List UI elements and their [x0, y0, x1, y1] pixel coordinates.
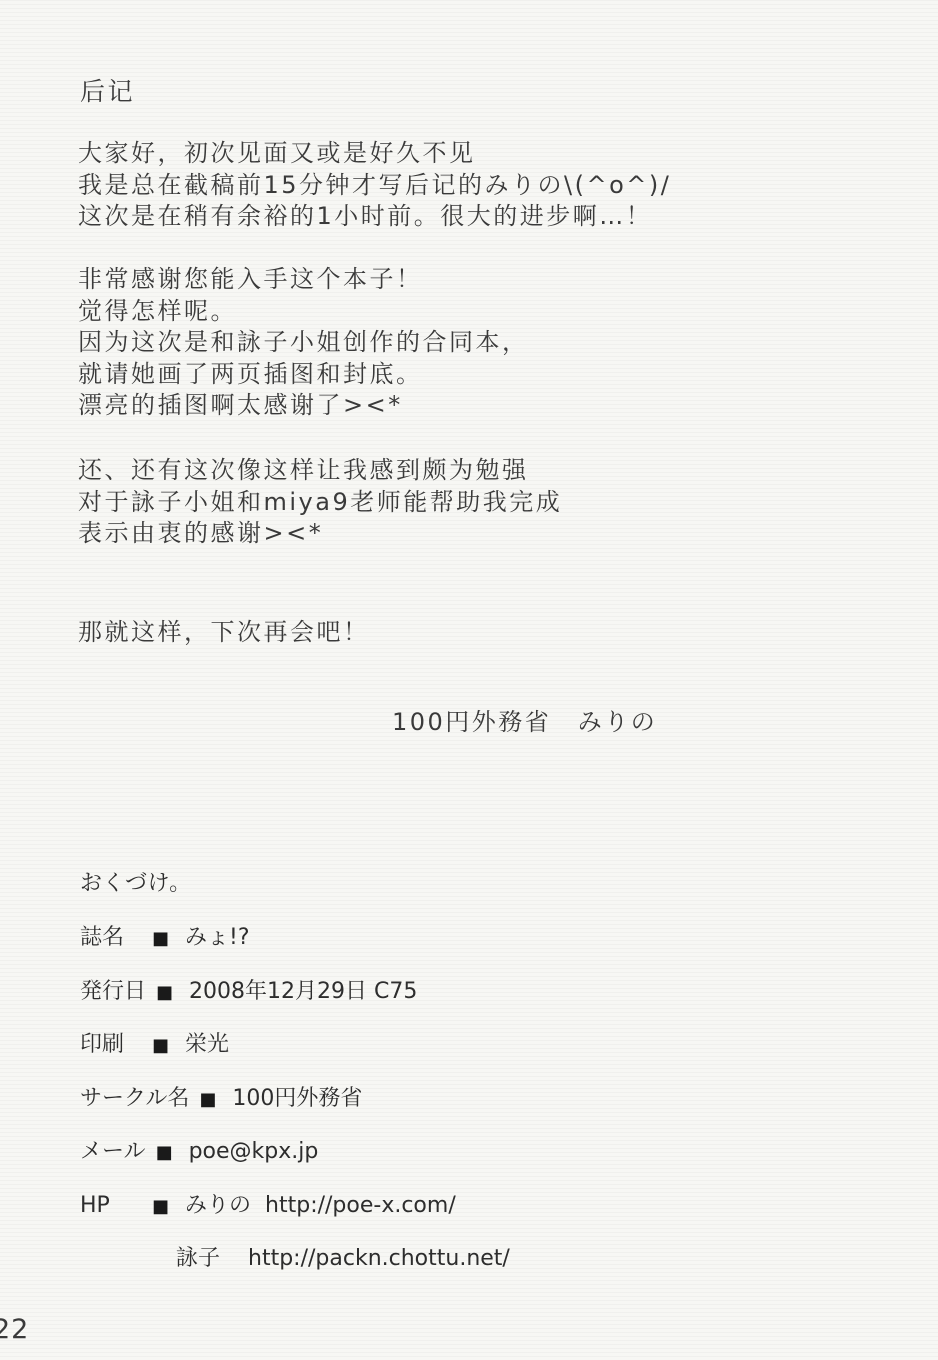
- afterword-line: 这次是在稍有余裕的1小时前。很大的进步啊…！: [78, 201, 671, 233]
- colophon-label: 印刷: [80, 1027, 142, 1058]
- colophon-row-circle: サークル名 ■ 100円外務省: [80, 1081, 510, 1135]
- afterword-line: 还、还有这次像这样让我感到颇为勉强: [78, 455, 562, 487]
- colophon-label: メール: [80, 1134, 146, 1165]
- page-number: 22: [0, 1314, 29, 1345]
- afterword-line: 对于詠子小姐和miya9老师能帮助我完成: [78, 487, 562, 519]
- homepage-url: http://poe-x.com/: [265, 1193, 456, 1218]
- colophon-label: HP: [80, 1193, 142, 1218]
- homepage-url: http://packn.chottu.net/: [248, 1246, 510, 1271]
- colophon-value: みょ!?: [185, 920, 250, 951]
- colophon-value: 2008年12月29日 C75: [189, 974, 417, 1005]
- square-bullet-icon: ■: [156, 982, 173, 1003]
- afterword-title: 后记: [80, 72, 135, 108]
- square-bullet-icon: ■: [152, 1035, 169, 1056]
- afterword-line: 漂亮的插图啊太感谢了><*: [78, 390, 529, 422]
- afterword-closing: 那就这样，下次再会吧！: [78, 612, 370, 647]
- afterword-paragraph-2: 非常感谢您能入手这个本子！ 觉得怎样呢。 因为这次是和詠子小姐创作的合同本， 就…: [78, 264, 529, 422]
- afterword-line: 表示由衷的感谢><*: [78, 518, 562, 550]
- colophon-label: 発行日: [80, 974, 146, 1005]
- afterword-line: 因为这次是和詠子小姐创作的合同本，: [78, 327, 529, 359]
- afterword-line: 觉得怎样呢。: [78, 296, 529, 328]
- colophon-label: 誌名: [80, 920, 142, 951]
- colophon-row-date: 発行日 ■ 2008年12月29日 C75: [80, 974, 510, 1028]
- colophon-row-hp: HP ■ みりの http://poe-x.com/: [80, 1188, 510, 1242]
- afterword-signature: 100円外務省 みりの: [392, 702, 657, 737]
- colophon-rows: 誌名 ■ みょ!? 発行日 ■ 2008年12月29日 C75 印刷 ■ 栄光 …: [80, 920, 510, 1295]
- author-name: 詠子: [176, 1241, 220, 1272]
- email-address: poe@kpx.jp: [189, 1139, 319, 1164]
- colophon-label: サークル名: [80, 1081, 189, 1112]
- afterword-line: 非常感谢您能入手这个本子！: [78, 264, 529, 296]
- square-bullet-icon: ■: [199, 1089, 216, 1110]
- colophon-value: 栄光: [185, 1027, 229, 1058]
- afterword-paragraph-3: 还、还有这次像这样让我感到颇为勉强 对于詠子小姐和miya9老师能帮助我完成 表…: [78, 455, 562, 550]
- afterword-line: 就请她画了两页插图和封底。: [78, 359, 529, 391]
- colophon-value: 100円外務省: [232, 1081, 362, 1112]
- afterword-line: 我是总在截稿前15分钟才写后记的みりの\(^o^)/: [78, 170, 671, 202]
- colophon-row-printer: 印刷 ■ 栄光: [80, 1027, 510, 1081]
- colophon-heading: おくづけ。: [80, 866, 192, 897]
- afterword-line: 大家好，初次见面又或是好久不见: [78, 138, 671, 170]
- scanned-afterword-page: 后记 大家好，初次见面又或是好久不见 我是总在截稿前15分钟才写后记的みりの\(…: [0, 0, 938, 1360]
- square-bullet-icon: ■: [152, 928, 169, 949]
- author-name: みりの: [185, 1188, 251, 1219]
- afterword-paragraph-1: 大家好，初次见面又或是好久不见 我是总在截稿前15分钟才写后记的みりの\(^o^…: [78, 138, 671, 233]
- square-bullet-icon: ■: [152, 1196, 169, 1217]
- colophon-row-hp-second: 詠子 http://packn.chottu.net/: [176, 1241, 510, 1295]
- colophon-row-title: 誌名 ■ みょ!?: [80, 920, 510, 974]
- square-bullet-icon: ■: [156, 1142, 173, 1163]
- colophon-row-email: メール ■ poe@kpx.jp: [80, 1134, 510, 1188]
